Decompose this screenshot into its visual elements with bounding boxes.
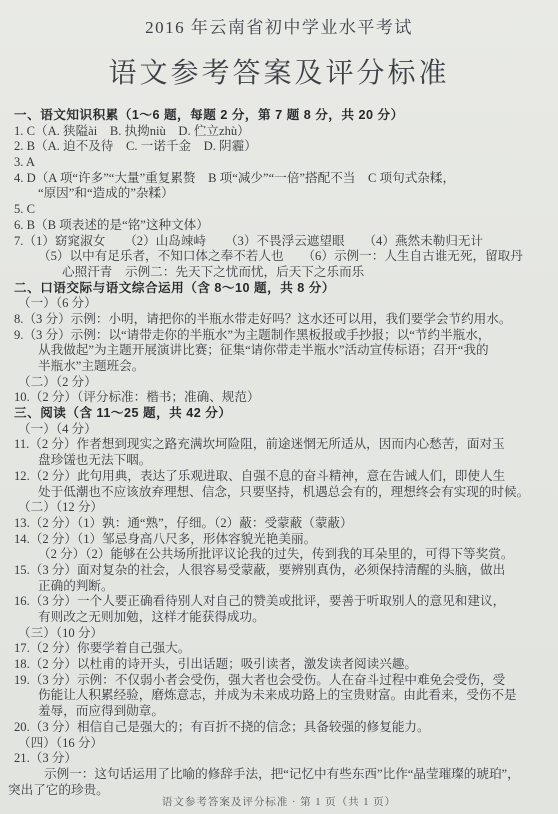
text-line: 17.（2 分）你要学着自己强大。	[14, 641, 558, 657]
text-line: 5. C	[14, 202, 558, 218]
text-line: 11.（2 分）作者想到现实之路充满坎坷险阻，前途迷惘无所适从，因而内心愁苦，面…	[14, 437, 558, 453]
text-line: 从我做起”为主题开展演讲比赛；征集“请你带走半瓶水”活动宣传标语；召开“我的	[38, 343, 558, 359]
document-page: 2016 年云南省初中学业水平考试 语文参考答案及评分标准 一、语文知识积累（1…	[0, 0, 558, 814]
page-title: 语文参考答案及评分标准	[0, 51, 558, 91]
text-line: 羞辱，而应得到勋章。	[38, 704, 558, 720]
text-line: （2 分）（2）能够在公共场所批评议论我的过失，传到我的耳朵里的，可得下等奖赏。	[38, 547, 558, 563]
text-line: 1. C（A. 狭隘ài B. 执拗niù D. 伫立zhù）	[14, 124, 558, 140]
text-line: 4. D（A 项“许多”“大量”重复累赘 B 项“减少”“一倍”搭配不当 C 项…	[14, 171, 558, 187]
text-line: “原因”和“造成的”杂糅）	[38, 186, 558, 202]
text-line: 19.（3 分）示例：不仅弱小者会受伤，强大者也会受伤。人在奋斗过程中难免会受伤…	[14, 673, 558, 689]
text-line: 处于低潮也不应该放弃理想、信念，只要坚持，机遇总会有的，理想终会有实现的时候。	[38, 485, 558, 501]
text-line: 盘珍馐也无法下咽。	[38, 453, 558, 469]
text-line: （5）以中有足乐者，不知口体之奉不若人也 （6）示例一：人生自古谁无死，留取丹	[38, 249, 558, 265]
text-line: 10.（2 分）（评分标准：楷书；准确、规范）	[14, 390, 558, 406]
exam-title: 2016 年云南省初中学业水平考试	[0, 0, 558, 38]
text-line: 半瓶水”主题班会。	[38, 359, 558, 375]
text-line: 心照汗青 示例二：先天下之忧而忧，后天下之乐而乐	[62, 265, 558, 281]
text-line: 9.（3 分）示例：以“请带走你的半瓶水”为主题制作黑板报或手抄报；以“节约半瓶…	[14, 328, 558, 344]
text-line: （三）（10 分）	[18, 626, 558, 642]
text-line: 三、阅读（含 11～25 题，共 42 分）	[14, 406, 558, 422]
text-line: （二）（12 分）	[18, 500, 558, 516]
text-line: 正确的判断。	[38, 579, 558, 595]
text-line: 3. A	[14, 155, 558, 171]
text-line: 13.（2 分）（1）孰：通“熟”，仔细。（2）蔽：受蒙蔽（蒙蔽）	[14, 516, 558, 532]
text-line: 2. B（A. 迫不及待 C. 一诺千金 D. 阴霾）	[14, 139, 558, 155]
text-line: 15.（3 分）面对复杂的社会，人很容易受蒙蔽，要辨别真伪，必须保持清醒的头脑，…	[14, 563, 558, 579]
text-line: 21.（3 分）	[14, 751, 558, 767]
text-line: 16.（3 分）一个人要正确看待别人对自己的赞美或批评，要善于听取别人的意见和建…	[14, 594, 558, 610]
text-line: 示例一：这句话运用了比喻的修辞手法，把“记忆中有些东西”比作“晶莹璀璨的琥珀”，	[44, 767, 558, 783]
text-line: （二）（2 分）	[18, 375, 558, 391]
answer-lines: 一、语文知识积累（1～6 题，每题 2 分，第 7 题 8 分，共 20 分）1…	[0, 108, 558, 798]
text-line: 一、语文知识积累（1～6 题，每题 2 分，第 7 题 8 分，共 20 分）	[14, 108, 558, 124]
text-line: 8.（3 分）示例：小明，请把你的半瓶水带走好吗？这水还可以用，我们要学会节约用…	[14, 312, 558, 328]
text-line: 7.（1）窈窕淑女 （2）山岛竦峙 （3）不畏浮云遮望眼 （4）燕然未勒归无计	[14, 234, 558, 250]
text-line: 14.（2 分）（1）邹忌身高八尺多，形体容貌光艳美丽。	[14, 532, 558, 548]
page-footer: 语文参考答案及评分标准 · 第 1 页（共 1 页）	[0, 794, 558, 809]
text-line: （一）（4 分）	[18, 422, 558, 438]
text-line: （四）（16 分）	[18, 736, 558, 752]
text-line: 18.（2 分）以杜甫的诗开头，引出话题；吸引读者，激发读者阅读兴趣。	[14, 657, 558, 673]
text-line: 12.（2 分）此句用典，表达了乐观进取、自强不息的奋斗精神，意在告诫人们，即使…	[14, 469, 558, 485]
text-line: 伤能让人积累经验，磨炼意志，并成为未来成功路上的宝贵财富。由此看来，受伤不是	[38, 688, 558, 704]
text-line: （一）（6 分）	[18, 296, 558, 312]
text-line: 有则改之无则加勉，这样才能获得成功。	[38, 610, 558, 626]
text-line: 6. B（B 项表述的是“铭”这种文体）	[14, 218, 558, 234]
text-line: 二、口语交际与语文综合运用（含 8～10 题，共 8 分）	[14, 281, 558, 297]
text-line: 20.（3 分）相信自己是强大的；有百折不挠的信念；具备较强的修复能力。	[14, 720, 558, 736]
